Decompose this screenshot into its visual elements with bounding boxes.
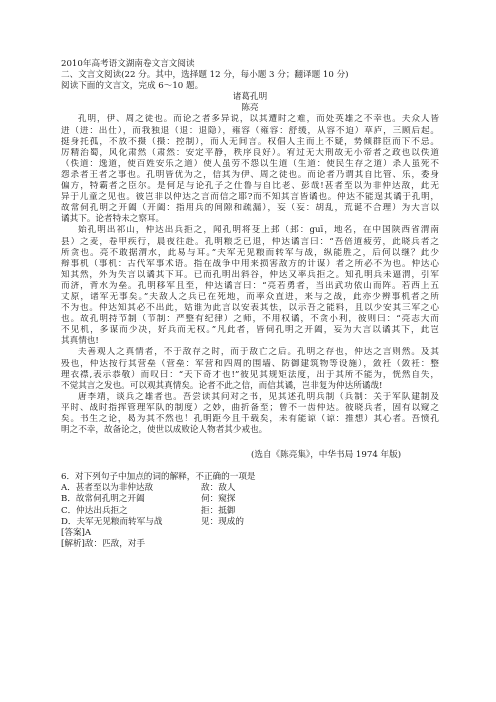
option-label: D．夫军无见粮而转军与战: [61, 517, 201, 528]
option-gloss: 见：现成的: [201, 517, 244, 528]
question-stem: 6．对下列句子中加点的词的解释，不正确的一项是: [61, 472, 439, 483]
document-title: 2010年高考语文湖南卷文言文阅读: [61, 59, 439, 70]
paragraph-line: 唐李靖，谈兵之雄者也。吾尝读其问对之书，见其述孔明兵制（兵制：关于军队建制及: [61, 392, 439, 403]
option-d: D．夫军无见粮而转军与战 见：现成的: [61, 517, 439, 528]
paragraph-line: 也。故孔明持节制（节制：严整有纪律）之师，不用权谲，不贪小利，彼则曰：“亮志大而: [61, 314, 439, 325]
paragraph-line: 怨杀者王者之事也。孔明皆优为之，信其为伊、周之徒也。而论者乃谓其自比管、乐，委身: [61, 170, 439, 181]
option-gloss: 敌：敌人: [201, 483, 235, 494]
paragraph-line: 理衣襟,表示恭敬）而叹曰：“天下奇才也!”彼见其规矩法度，出于其所不能为，恍然自…: [61, 370, 439, 381]
paragraph-line: 谲其下。论者特未之察耳。: [61, 214, 439, 225]
option-label: A．甚者至以为非仲达敌: [61, 483, 201, 494]
paragraph-line: 异于儿童之见也。彼岂非以仲达之言而信之耶?而不知其言皆谲也。仲达不能逞其谲于孔明…: [61, 192, 439, 203]
paragraph-line: 不见机，多谋而少决，好兵而无权。”凡此者，皆伺孔明之开阖，妄为大言以谲其下，此岂: [61, 325, 439, 336]
paragraph-line: 偏方，特霸者之臣尔。是何足与论孔子之仕鲁与自比老、彭哉!甚者至以为非仲达敌，此无: [61, 181, 439, 192]
article-title: 诸葛孔明: [61, 92, 439, 103]
paragraph-line: 知其然，外为失言以谲其下耳。已而孔明出斜谷，仲达又率兵拒之。知孔明兵未逼渭，引军: [61, 270, 439, 281]
paragraph-line: 辩事机（事机：古代军事术语。指在战争中用来损害敌方的计谋）者之所必不为也。仲达心: [61, 259, 439, 270]
option-label: C．仲达出兵拒之: [61, 506, 201, 517]
paragraph-line: 不为也。仲达知其必不出此，姑谁为此言以安表其怯，以示吾之能料，且以少安其三军之心: [61, 303, 439, 314]
paragraph-line: 明之不幸，故备论之，使世以成败论人物者其少戒也。: [61, 425, 439, 436]
article-author: 陈亮: [61, 103, 439, 114]
option-gloss: 伺：窥探: [201, 494, 235, 505]
paragraph-line: 孔明，伊、周之徒也。而论之者多异说，以其遭时之难，而处英雄之不幸也。夫众人皆: [61, 114, 439, 125]
document-page: 2010年高考语文湖南卷文言文阅读 二、文言文阅读(22 分。其中，选择题 12…: [0, 0, 496, 702]
option-label: B．故常伺孔明之开阖: [61, 494, 201, 505]
instruction: 阅读下面的文言文，完成 6～10 题。: [61, 81, 439, 92]
paragraph-line: 丈原，诸军无事矣。”夫敌人之兵已在死地，而率众直进，来与之战，此亦少辨事机者之所: [61, 292, 439, 303]
paragraph-line: 始孔明出祁山，仲达出兵拒之，闻孔明将芟上邽（邽：guī，地名，在中国陕西省渭南: [61, 225, 439, 236]
paragraph-line: 其真情也!: [61, 336, 439, 347]
option-a: A．甚者至以为非仲达敌 敌：敌人: [61, 483, 439, 494]
section-heading: 二、文言文阅读(22 分。其中，选择题 12 分，每小题 3 分；翻译题 10 …: [61, 70, 439, 81]
document-body: 2010年高考语文湖南卷文言文阅读 二、文言文阅读(22 分。其中，选择题 12…: [61, 59, 439, 550]
option-b: B．故常伺孔明之开阖 伺：窥探: [61, 494, 439, 505]
option-c: C．仲达出兵拒之 拒：抵御: [61, 506, 439, 517]
paragraph-line: 而济，背水为垒。孔明移军且至，仲达谲言曰：“亮若勇者，当出武功依山而阵。若西上五: [61, 281, 439, 292]
paragraph-line: 殁也，仲达按行其营垒（营垒：军营和四周的围墙、防御建筑物等设施），敛衽（敛衽：整: [61, 359, 439, 370]
option-gloss: 拒：抵御: [201, 506, 235, 517]
source-citation: (选自《陈亮集》，中华书局 1974 年版): [61, 450, 439, 461]
analysis: [解析]敌：匹敌，对手: [61, 539, 439, 550]
paragraph-line: 平时、战时指挥管理军队的制度）之妙，曲折备至；曾不一齿仲达。彼晓兵者，固有以窥之: [61, 403, 439, 414]
answer: [答案]A: [61, 528, 439, 539]
paragraph-line: 进（进：出仕），而我独退（退：退隐），雍容（雍容：舒缓，从容不迫）草庐，三顾后起…: [61, 126, 439, 137]
paragraph-line: 矣。书生之论，曷为其不然也！孔明距今且千载矣，未有能谅（谅：推想）其心者。吾愤孔: [61, 414, 439, 425]
paragraph-line: 不觉其言之发也。可以观其真情矣。论者不此之信，而信其谲，岂非复为仲达所谲哉!: [61, 381, 439, 392]
paragraph-line: 挺身托孤，不放不摄（摄：控制），而人无间言。权倡人主而上不疑，势倾群臣而下不忌。: [61, 137, 439, 148]
paragraph-line: 故常伺孔明之开阖（开阖：指用兵的间隙和疏漏），妄（妄：胡乱，荒诞不合理）为大言以: [61, 203, 439, 214]
paragraph-line: （佚道：逸道，使百姓安乐之道）使人虽劳不怨以生道（生道：使民生存之道）杀人虽死不: [61, 159, 439, 170]
paragraph-line: 厉精治蜀，风化肃然（肃然：安定平静，秩序良好）。宥过无大刑故无小帝者之政也以佚道: [61, 148, 439, 159]
paragraph-line: 夫善观人之真情者，不于敌存之时，而于敌亡之后。孔明之存也，仲达之言则然。及其: [61, 347, 439, 358]
paragraph-line: 县）之麦，卷甲疾行，晨夜往赴。孔明粮乏已退，仲达谲言曰：“吾倍道疲劳，此晓兵者之: [61, 237, 439, 248]
paragraph-line: 所贪也。亮不敢据渭水，此易与耳。”夫军无见粮而转军与战，纵能胜之，后何以继？此少: [61, 248, 439, 259]
